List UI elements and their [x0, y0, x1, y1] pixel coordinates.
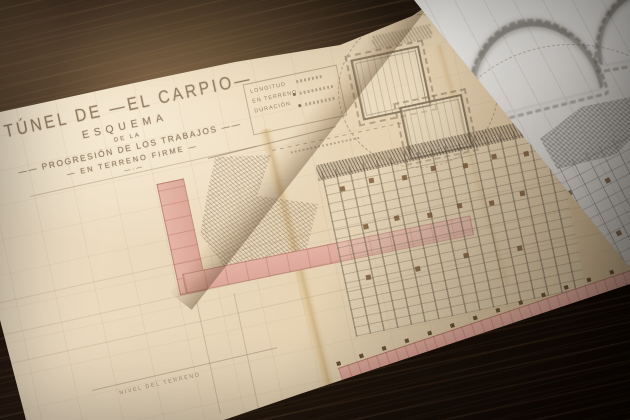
- timber-joint: [430, 166, 436, 172]
- timber-joint: [523, 151, 529, 157]
- timber-joint: [489, 200, 495, 206]
- timber-joint: [519, 191, 525, 197]
- timber-joint: [463, 253, 469, 259]
- timber-joint: [368, 178, 374, 184]
- timber-joint: [415, 266, 421, 272]
- timber-joint: [616, 230, 623, 237]
- timber-joint: [604, 177, 611, 184]
- legend-bullet: [298, 104, 302, 108]
- timber-joint: [462, 163, 468, 169]
- heading-arch-right: [587, 0, 630, 65]
- timber-joint: [394, 215, 400, 221]
- timber-joint: [427, 212, 433, 218]
- timber-joint: [363, 224, 369, 230]
- photo-of-tunnel-plan: TÚNEL DE —EL CARPIO— ESQUEMA DE LA —— PR…: [0, 0, 630, 420]
- timber-joint: [340, 186, 346, 192]
- timber-joint: [491, 154, 497, 160]
- timber-joint: [402, 175, 408, 181]
- timber-joint: [457, 203, 463, 209]
- timber-joint: [366, 274, 372, 280]
